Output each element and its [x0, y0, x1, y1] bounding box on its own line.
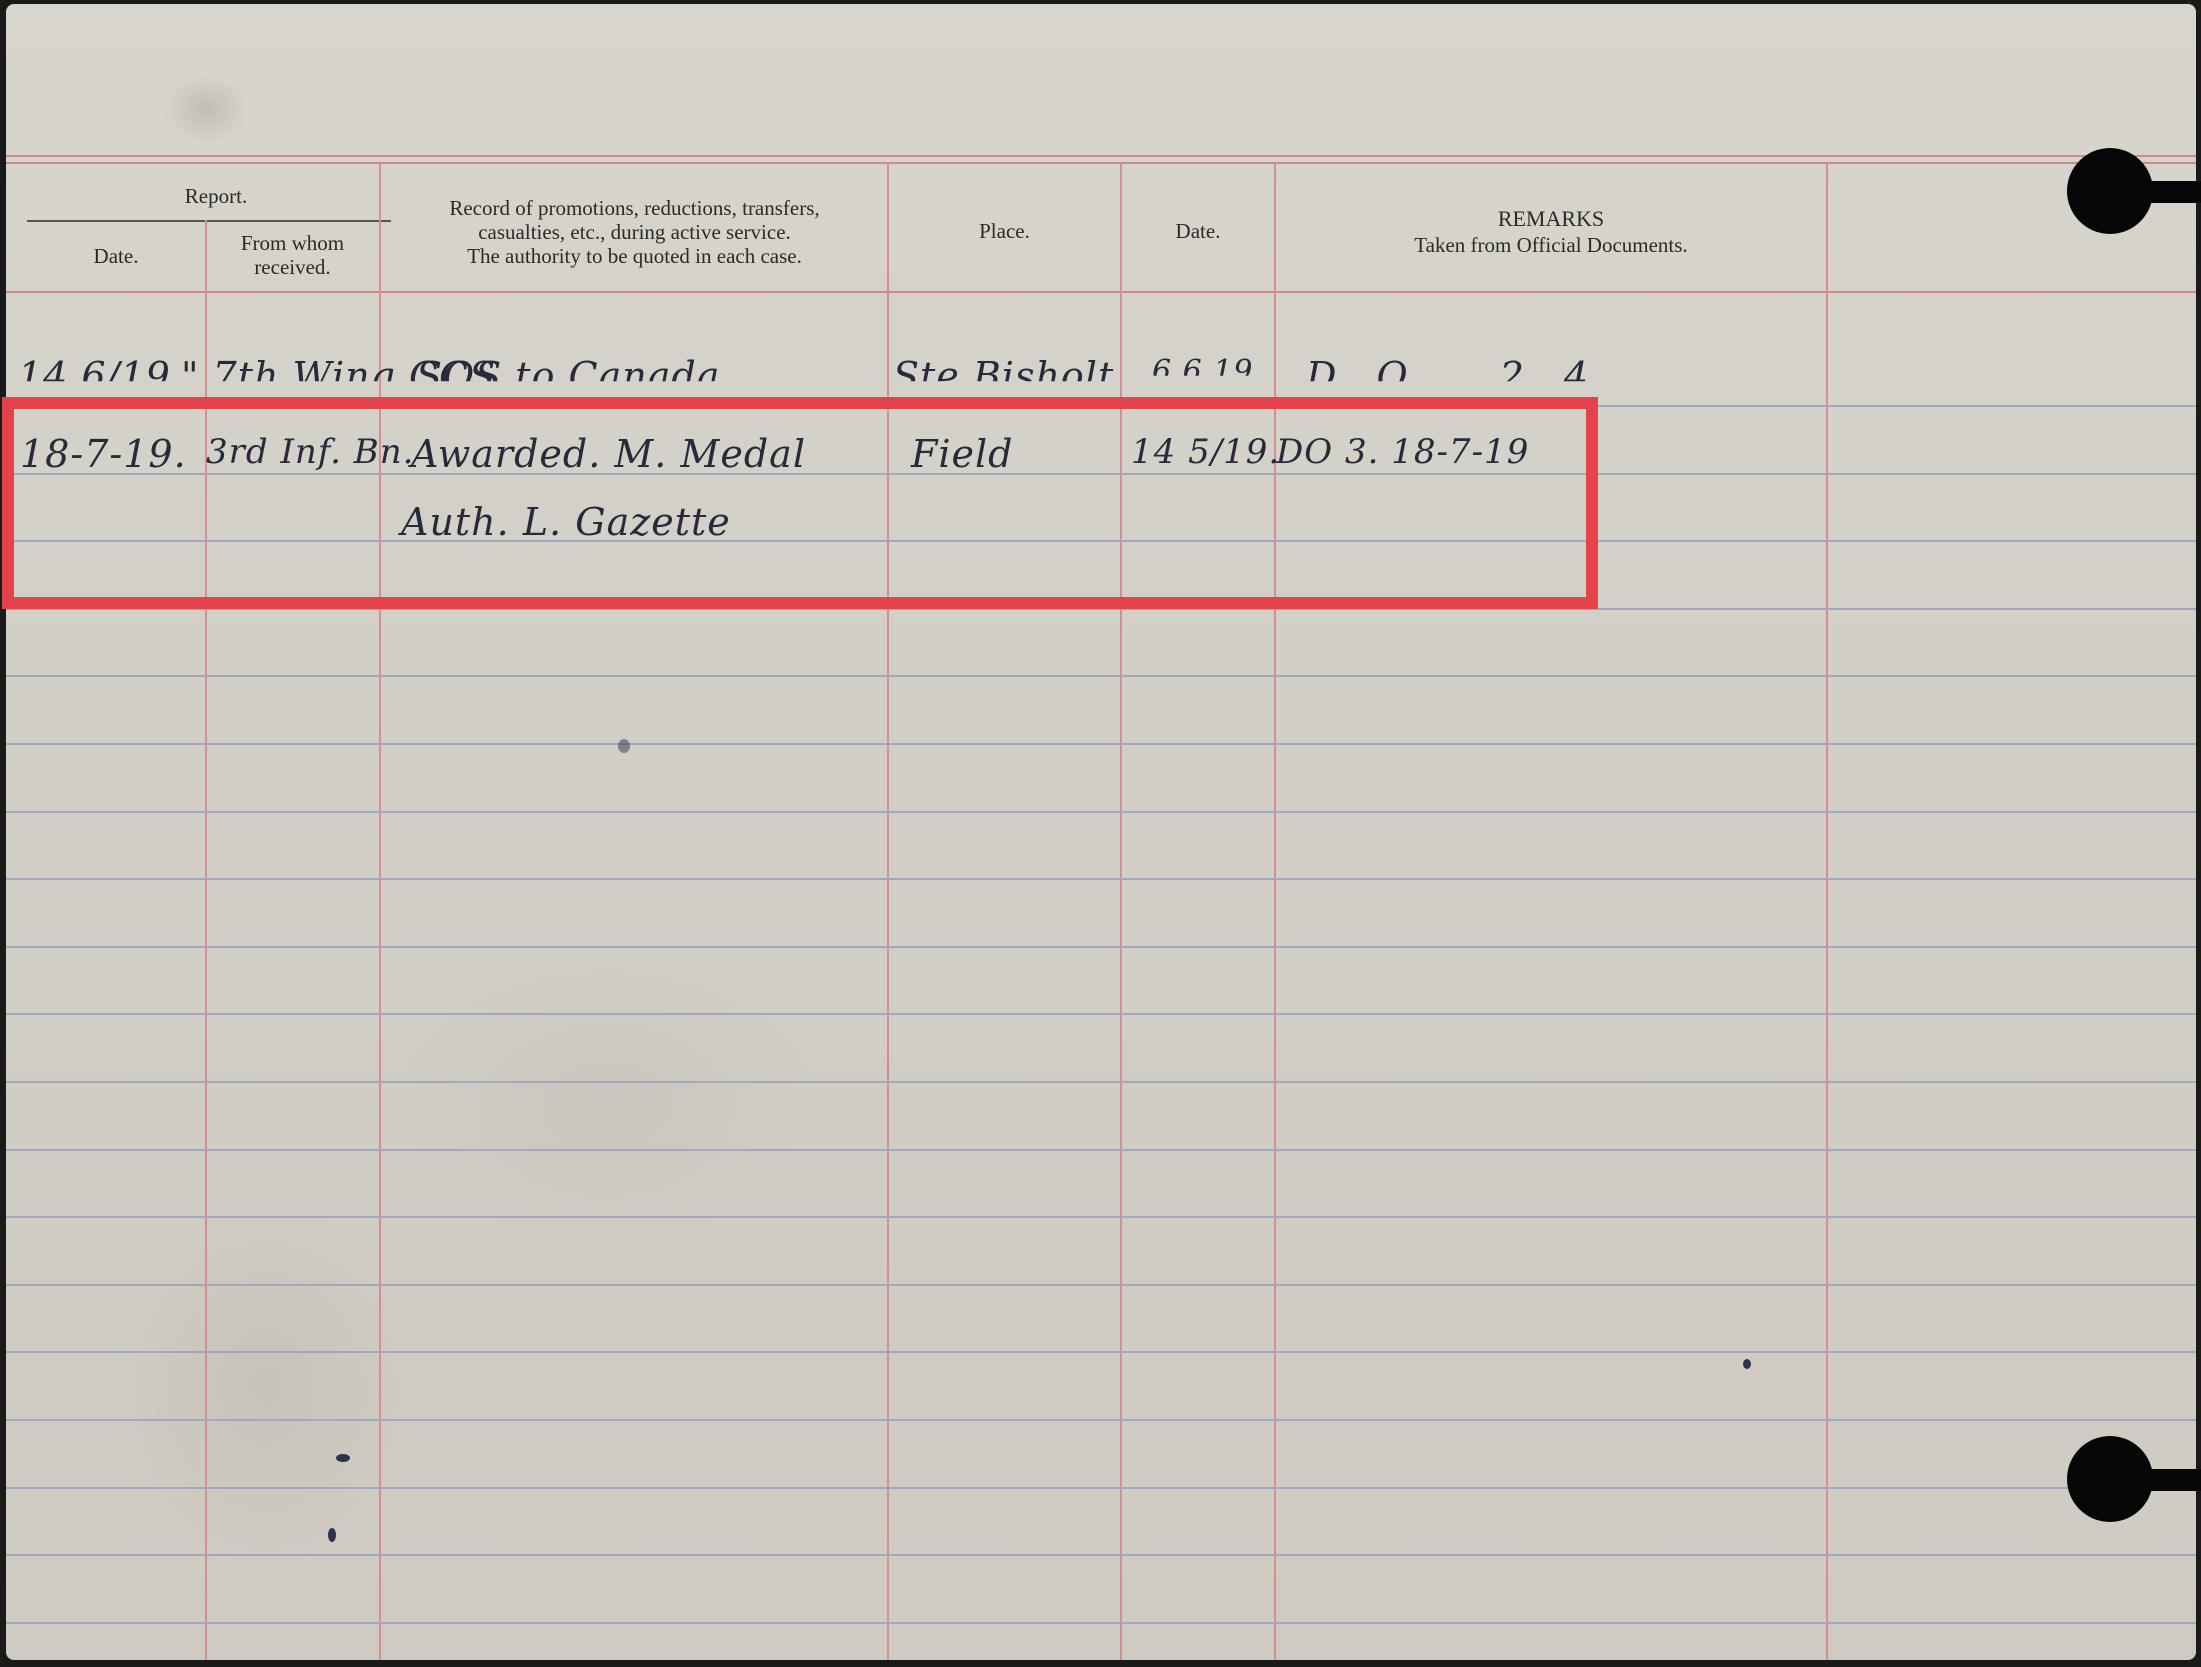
report-group-underline: [27, 220, 391, 222]
header-remarks-subtitle: Taken from Official Documents.: [1276, 232, 1826, 258]
ruled-line: [6, 811, 2196, 813]
header-from-whom: From whom received.: [206, 231, 379, 279]
ruled-line: [6, 1284, 2196, 1286]
header-report: Report.: [106, 184, 326, 208]
col-rule-5: [1274, 162, 1276, 1660]
header-top-rule: [6, 155, 2196, 157]
ruled-line: [6, 1554, 2196, 1556]
ruled-line: [6, 1351, 2196, 1353]
row1-date: 14 5/19.: [1131, 432, 1280, 472]
ruled-line: [6, 675, 2196, 677]
record-card: Report. Date. From whom received. Record…: [6, 4, 2196, 1660]
header-record-line3: The authority to be quoted in each case.: [382, 244, 887, 268]
col-rule-6: [1826, 162, 1828, 1660]
row0-record: SOS to Canada: [416, 354, 720, 398]
row0-date: 6.6.19: [1152, 354, 1253, 389]
ink-blot: [328, 1528, 336, 1542]
row1-record-line1: Awarded. M. Medal: [411, 432, 806, 476]
header-remarks: REMARKS Taken from Official Documents.: [1276, 206, 1826, 258]
header-record: Record of promotions, reductions, transf…: [382, 196, 887, 268]
ruled-line: [6, 743, 2196, 745]
ruled-line: [6, 946, 2196, 948]
ruled-line: [6, 405, 2196, 407]
header-date: Date.: [1122, 219, 1274, 243]
row1-from-whom: 3rd Inf. Bn.: [206, 432, 414, 472]
header-place: Place.: [889, 219, 1120, 243]
row1-report-date: 18-7-19.: [20, 432, 187, 476]
header-top-rule-2: [6, 162, 2196, 164]
ruled-line: [6, 1216, 2196, 1218]
header-bottom-rule: [6, 291, 2196, 293]
binder-hole-bottom-tab: [2140, 1469, 2201, 1491]
ruled-line: [6, 473, 2196, 475]
ruled-line: [6, 1149, 2196, 1151]
header-report-date: Date.: [26, 244, 206, 268]
col-rule-2: [379, 162, 381, 1660]
ruled-line: [6, 1622, 2196, 1624]
ink-blot: [336, 1454, 350, 1462]
ruled-line: [6, 1487, 2196, 1489]
ruled-line: [6, 1081, 2196, 1083]
row0-report-date: 14 6/19: [18, 354, 171, 398]
row1-record-line2: Auth. L. Gazette: [401, 500, 731, 544]
ruled-line: [6, 878, 2196, 880]
ruled-line: [6, 1013, 2196, 1015]
header-from-whom-line2: received.: [206, 255, 379, 279]
row1-remarks: DO 3. 18-7-19: [1276, 432, 1529, 472]
ruled-line: [6, 1419, 2196, 1421]
row0-place: Ste Bisholt: [893, 354, 1114, 398]
ink-blot: [618, 739, 630, 753]
col-rule-3: [887, 162, 889, 1660]
header-record-line2: casualties, etc., during active service.: [382, 220, 887, 244]
binder-hole-top-tab: [2140, 181, 2201, 203]
col-rule-4: [1120, 162, 1122, 1660]
ruled-line: [6, 540, 2196, 542]
row1-place: Field: [911, 432, 1014, 476]
row0-remarks: DO 24: [1306, 354, 1628, 398]
header-record-line1: Record of promotions, reductions, transf…: [382, 196, 887, 220]
header-from-whom-line1: From whom: [206, 231, 379, 255]
header-remarks-title: REMARKS: [1276, 206, 1826, 232]
ruled-line: [6, 608, 2196, 610]
ink-mark: [1743, 1359, 1751, 1369]
